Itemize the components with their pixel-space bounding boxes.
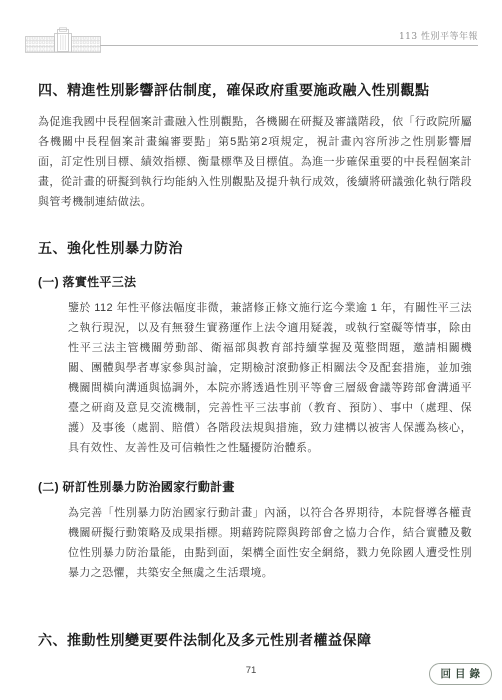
section-4-paragraph: 為促進我國中長程個案計畫融入性別觀點，各機關在研擬及審議階段，依「行政院所屬各機… [38, 112, 472, 212]
header-divider [100, 45, 478, 46]
subsection-5-1-paragraph: 鑒於 112 年性平修法幅度非微，兼諸修正條文施行迄今業逾 1 年，有關性平三法… [68, 298, 472, 458]
yearbook-title: 113 性別平等年報 [399, 29, 478, 42]
subsection-5-2-paragraph: 為完善「性別暴力防治國家行動計畫」內涵，以符合各界期待，本院督導各權責機關研擬行… [68, 503, 472, 583]
section-6-heading: 六、推動性別變更要件法制化及多元性別者權益保障 [38, 630, 472, 650]
back-to-toc-button[interactable]: 回目錄 [429, 663, 493, 685]
subsection-5-2-heading: (二) 研訂性別暴力防治國家行動計畫 [38, 477, 472, 497]
document-body: 四、精進性別影響評估制度，確保政府重要施政融入性別觀點 為促進我國中長程個案計畫… [38, 80, 472, 650]
page-header: 113 性別平等年報 [0, 26, 502, 50]
page-number: 71 [0, 665, 502, 676]
section-4-heading: 四、精進性別影響評估制度，確保政府重要施政融入性別觀點 [38, 80, 472, 100]
subsection-5-1-heading: (一) 落實性平三法 [38, 272, 472, 292]
section-5-heading: 五、強化性別暴力防治 [38, 238, 472, 258]
back-to-toc-label: 回目錄 [441, 669, 485, 680]
page-footer: 71 回目錄 [0, 660, 502, 690]
executive-yuan-building-icon [25, 27, 101, 58]
